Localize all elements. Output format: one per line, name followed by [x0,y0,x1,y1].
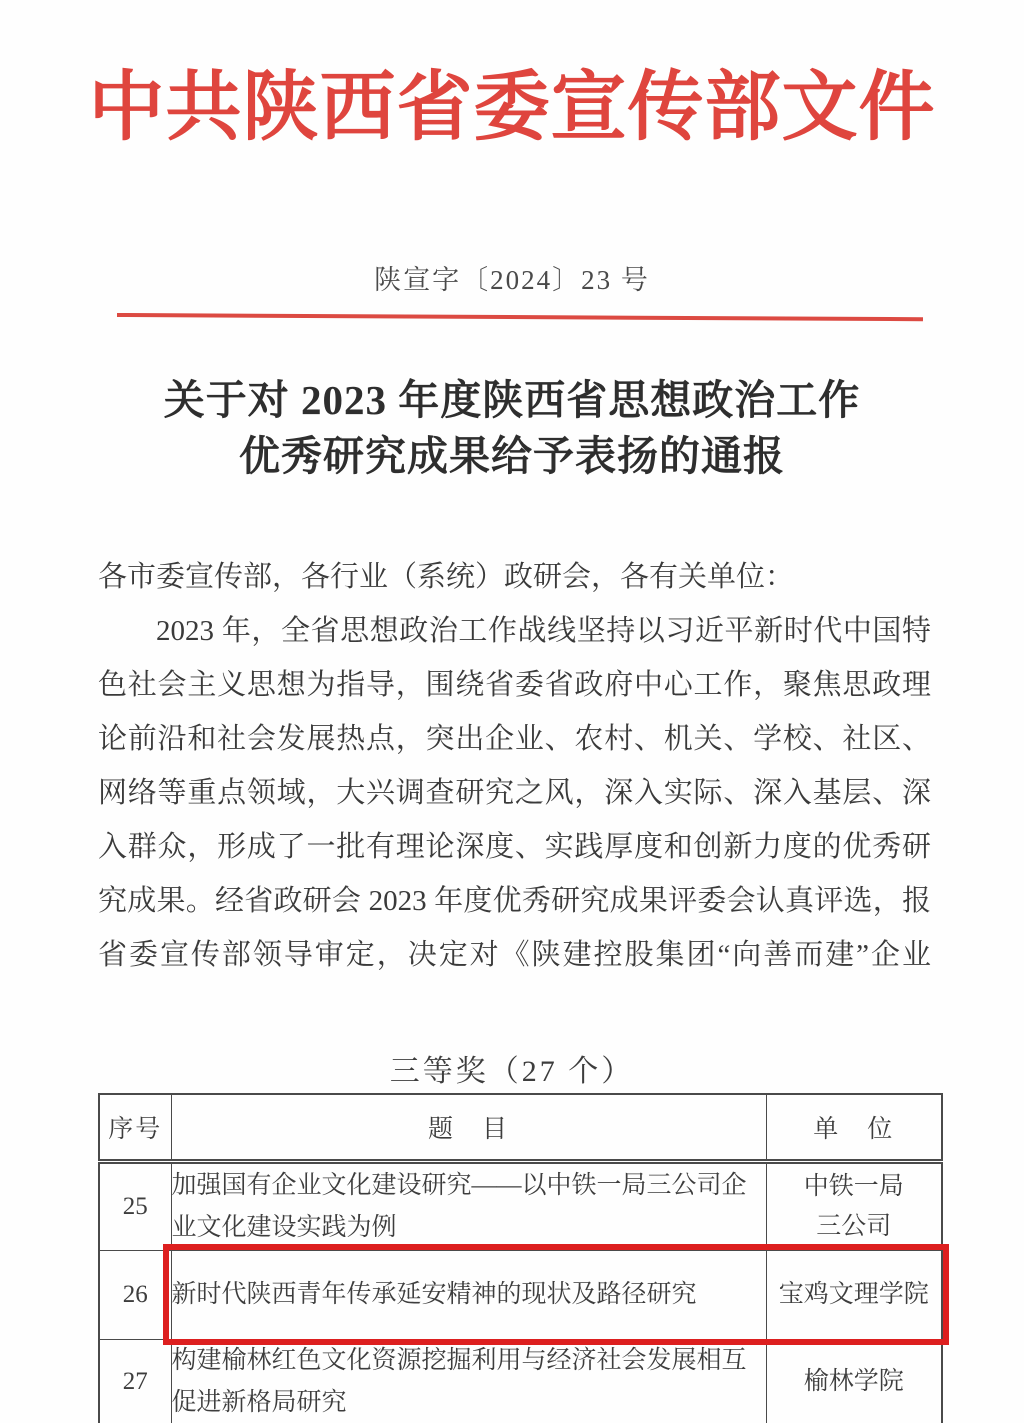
body-text-line: 色社会主义思想为指导，围绕省委省政府中心工作，聚焦思政理 [98,658,931,712]
table-row: 27 构建榆林红色文化资源挖掘利用与经济社会发展相互促进新格局研究 榆林学院 [99,1340,942,1423]
body-text-line: 省委宣传部领导审定，决定对《陕建控股集团“向善而建”企业 [98,928,931,982]
row-number: 25 [99,1162,171,1251]
row-unit: 宝鸡文理学院 [766,1251,942,1340]
row-number: 26 [99,1251,171,1340]
body-text-line: 究成果。经省政研会 2023 年度优秀研究成果评委会认真评选，报 [98,874,931,928]
column-header-title: 题 目 [171,1094,766,1162]
row-title: 加强国有企业文化建设研究——以中铁一局三公司企业文化建设实践为例 [171,1162,766,1251]
table-header-row: 序号 题 目 单 位 [99,1094,942,1162]
body-text-line: 2023 年，全省思想政治工作战线坚持以习近平新时代中国特 [98,604,931,658]
row-unit-line: 榆林学院 [767,1362,942,1402]
award-section-heading: 三等奖（27 个） [0,1046,1024,1090]
document-page: 中共陕西省委宣传部文件 陕宣字〔2024〕23 号 关于对 2023 年度陕西省… [0,0,1024,1423]
table-row: 25 加强国有企业文化建设研究——以中铁一局三公司企业文化建设实践为例 中铁一局… [99,1162,942,1251]
column-header-unit: 单 位 [766,1094,942,1162]
body-text-line: 论前沿和社会发展热点，突出企业、农村、机关、学校、社区、 [98,712,931,766]
row-unit-line: 宝鸡文理学院 [767,1275,942,1315]
red-separator-line [117,313,923,321]
row-unit-line: 中铁一局 [767,1167,942,1207]
body-text-line: 入群众，形成了一批有理论深度、实践厚度和创新力度的优秀研 [98,820,931,874]
document-title: 关于对 2023 年度陕西省思想政治工作 优秀研究成果给予表扬的通报 [0,372,1024,484]
document-header-title: 中共陕西省委宣传部文件 [0,46,1024,155]
row-unit: 榆林学院 [766,1340,942,1423]
document-number: 陕宣字〔2024〕23 号 [0,258,1024,297]
row-unit-line: 三公司 [767,1207,942,1247]
document-title-line-2: 优秀研究成果给予表扬的通报 [0,428,1024,484]
salutation-line: 各市委宣传部，各行业（系统）政研会，各有关单位： [98,550,931,604]
awards-table: 序号 题 目 单 位 25 加强国有企业文化建设研究——以中铁一局三公司企业文化… [98,1093,943,1423]
column-header-no: 序号 [99,1094,171,1162]
body-text-line: 网络等重点领域，大兴调查研究之风，深入实际、深入基层、深 [98,766,931,820]
body-text: 各市委宣传部，各行业（系统）政研会，各有关单位： 2023 年，全省思想政治工作… [98,550,931,982]
row-title: 构建榆林红色文化资源挖掘利用与经济社会发展相互促进新格局研究 [171,1340,766,1423]
row-number: 27 [99,1340,171,1423]
document-title-line-1: 关于对 2023 年度陕西省思想政治工作 [0,372,1024,428]
row-title: 新时代陕西青年传承延安精神的现状及路径研究 [171,1251,766,1340]
row-unit: 中铁一局 三公司 [766,1162,942,1251]
table-row-highlighted: 26 新时代陕西青年传承延安精神的现状及路径研究 宝鸡文理学院 [99,1251,942,1340]
